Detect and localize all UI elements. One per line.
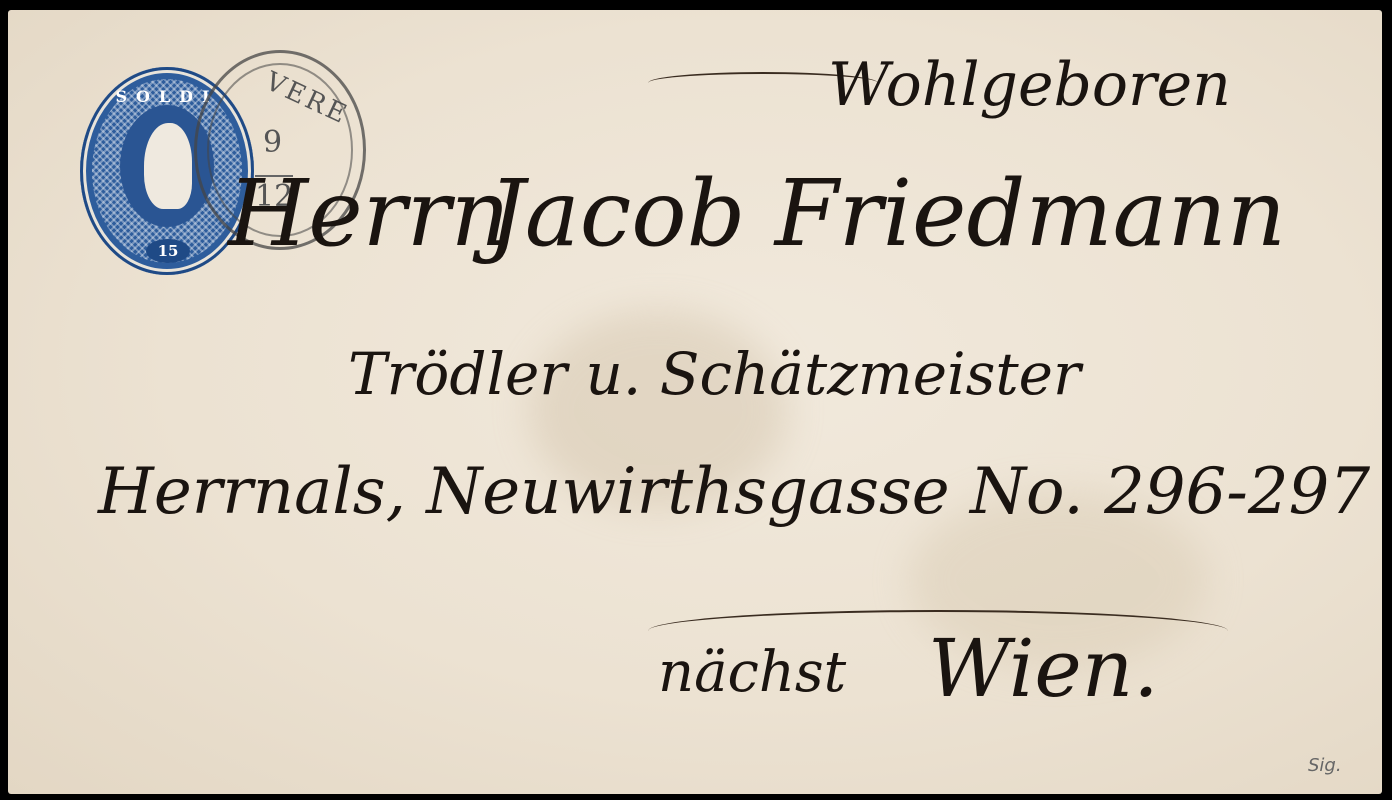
postmark-day: 9: [263, 125, 282, 160]
address-street: Herrnals, Neuwirthsgasse No. 296-297: [98, 455, 1370, 529]
address-title: Herrn: [228, 160, 510, 267]
portrait-head: [144, 123, 192, 209]
address-salutation: Wohlgeboren: [828, 50, 1231, 120]
address-name: Jacob Friedmann: [488, 160, 1286, 267]
address-via: nächst: [658, 640, 846, 705]
envelope: SOLDI 15 VERE 9 12 Wohlgeboren Herrn Jac…: [8, 10, 1382, 794]
address-occupation: Trödler u. Schätzmeister: [348, 340, 1081, 408]
address-city: Wien.: [928, 622, 1159, 715]
postmark-town: VERE: [261, 66, 354, 131]
pencil-signature: Sig.: [1308, 755, 1342, 776]
stamp-value: 15: [146, 239, 190, 263]
